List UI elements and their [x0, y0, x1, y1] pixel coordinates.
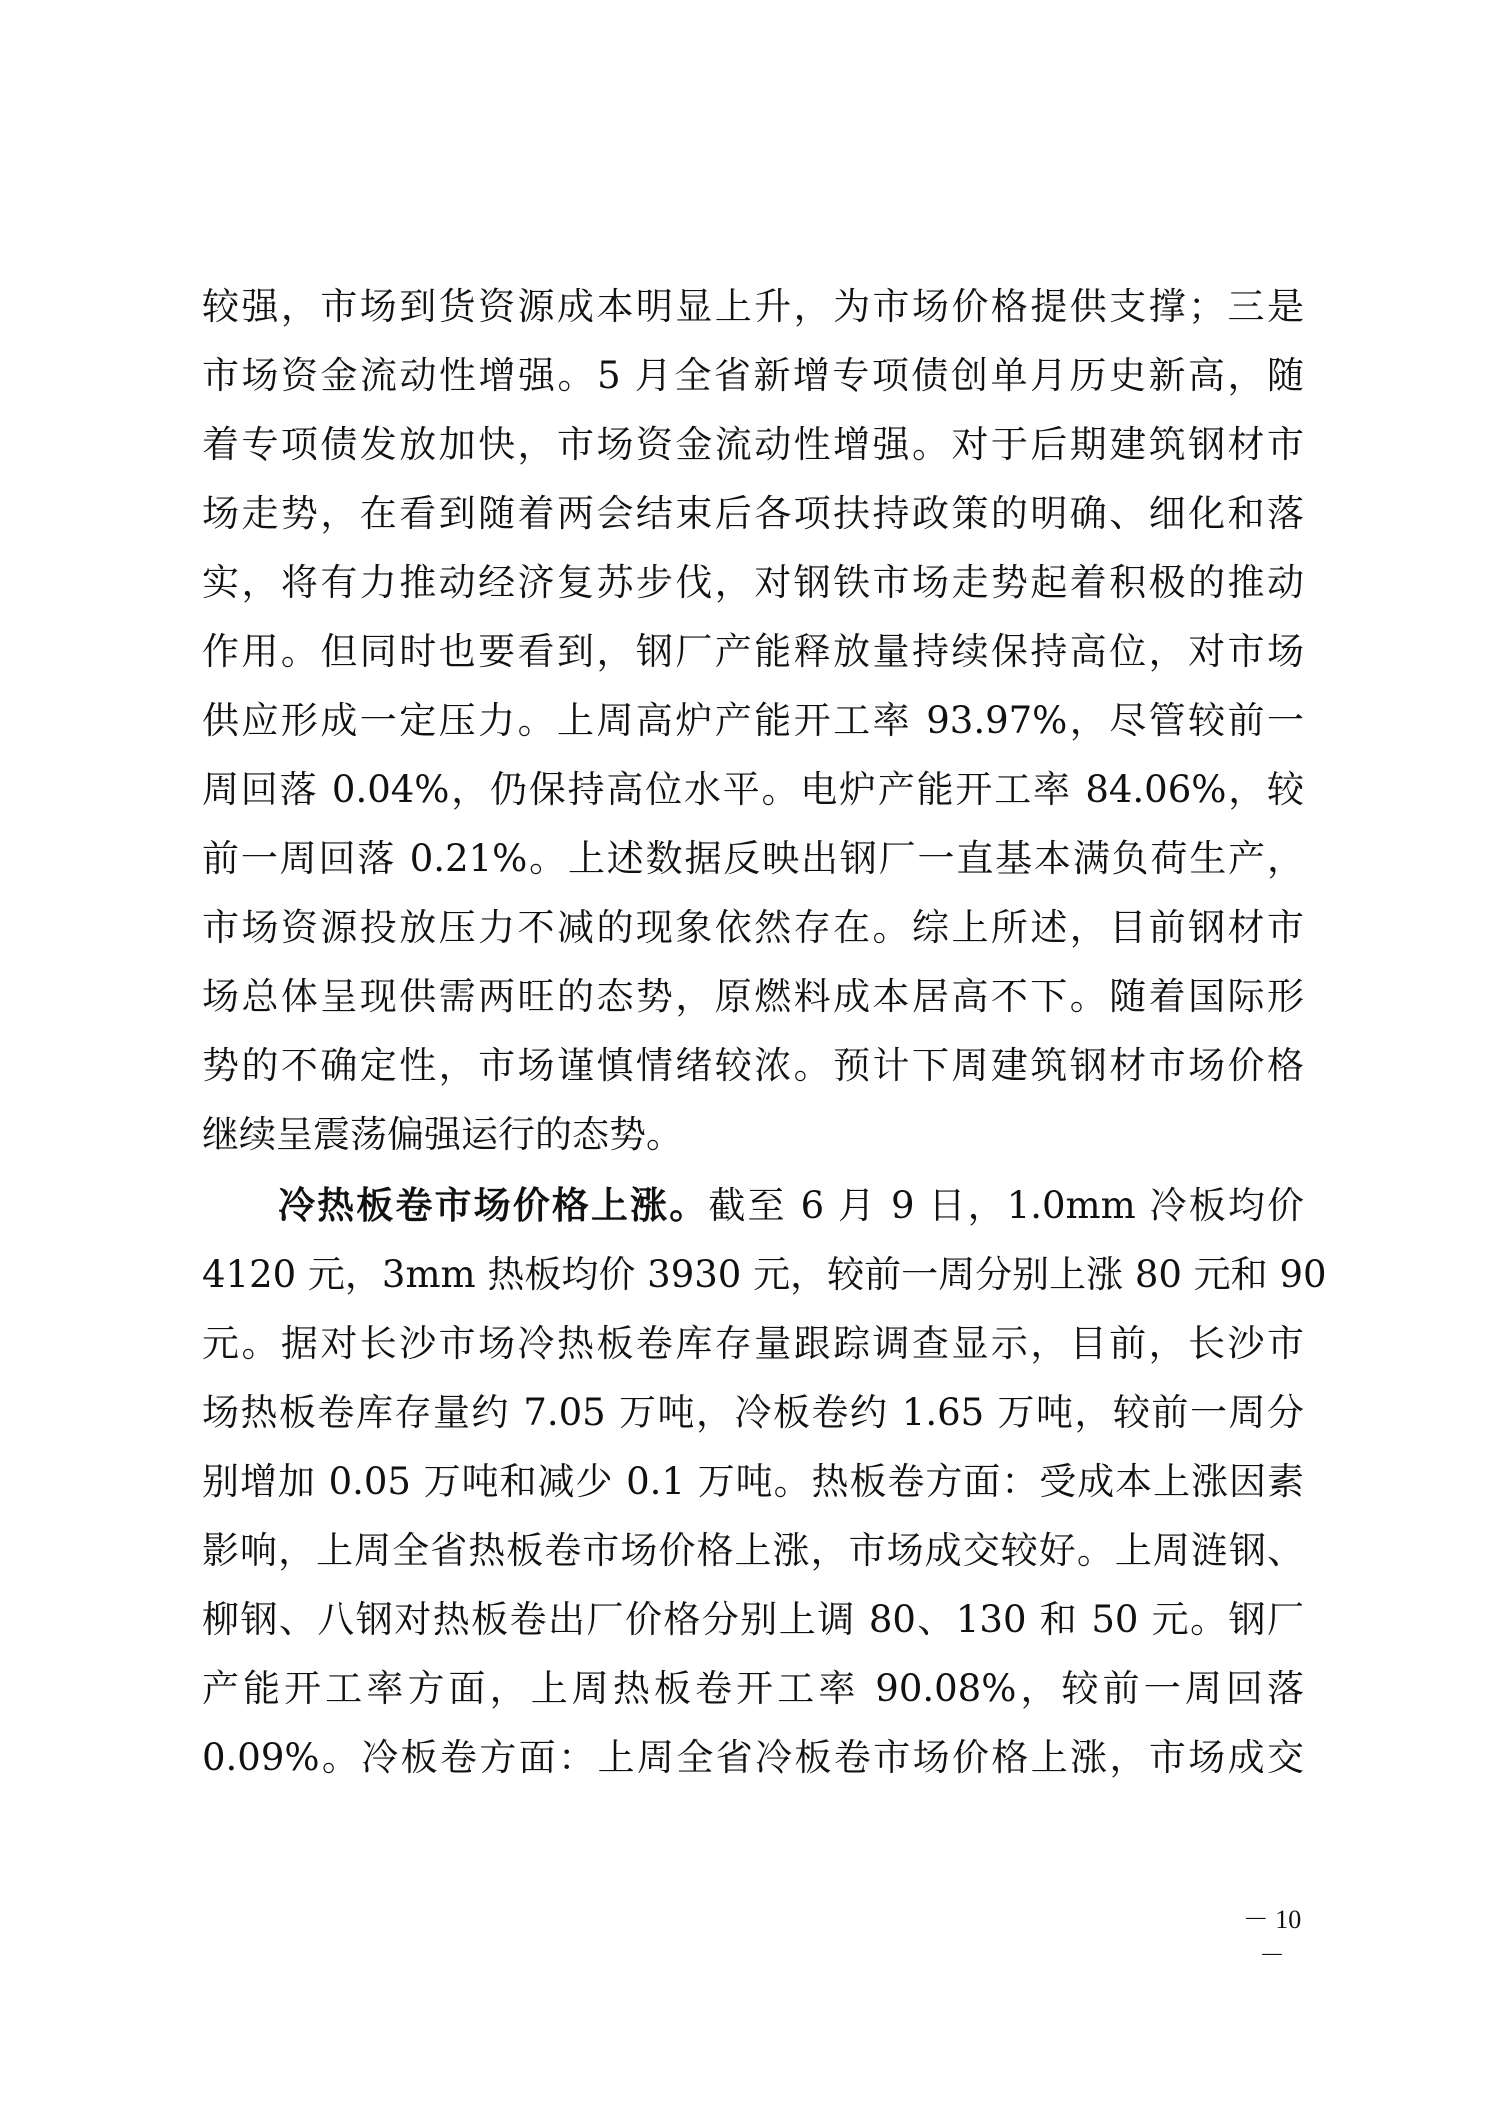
text-line: 市场资金流动性增强。5 月全省新增专项债创单月历史新高，随 [202, 346, 1304, 406]
section-heading: 冷热板卷市场价格上涨。 [278, 1184, 708, 1227]
text-line: 继续呈震荡偏强运行的态势。 [202, 1105, 1304, 1165]
text-line-first: 冷热板卷市场价格上涨。截至 6 月 9 日，1.0mm 冷板均价 [278, 1176, 1304, 1236]
text-line: 元。据对长沙市场冷热板卷库存量跟踪调查显示，目前，长沙市 [202, 1314, 1304, 1374]
text-line: 影响，上周全省热板卷市场价格上涨，市场成交较好。上周涟钢、 [202, 1521, 1304, 1581]
text-line: 前一周回落 0.21%。上述数据反映出钢厂一直基本满负荷生产， [202, 829, 1304, 889]
text-line: 场走势，在看到随着两会结束后各项扶持政策的明确、细化和落 [202, 484, 1304, 544]
text-line: 作用。但同时也要看到，钢厂产能释放量持续保持高位，对市场 [202, 622, 1304, 682]
text-line: 供应形成一定压力。上周高炉产能开工率 93.97%，尽管较前一 [202, 691, 1304, 751]
text-fragment: 截至 6 月 9 日，1.0mm 冷板均价 [708, 1184, 1304, 1227]
text-line: 周回落 0.04%，仍保持高位水平。电炉产能开工率 84.06%，较 [202, 760, 1304, 820]
text-line: 产能开工率方面，上周热板卷开工率 90.08%，较前一周回落 [202, 1659, 1304, 1719]
text-line: 场总体呈现供需两旺的态势，原燃料成本居高不下。随着国际形 [202, 967, 1304, 1027]
text-line: 市场资源投放压力不减的现象依然存在。综上所述，目前钢材市 [202, 898, 1304, 958]
text-line: 柳钢、八钢对热板卷出厂价格分别上调 80、130 和 50 元。钢厂 [202, 1590, 1304, 1650]
text-line: 实，将有力推动经济复苏步伐，对钢铁市场走势起着积极的推动 [202, 553, 1304, 613]
text-line: 着专项债发放加快，市场资金流动性增强。对于后期建筑钢材市 [202, 415, 1304, 475]
text-line: 场热板卷库存量约 7.05 万吨，冷板卷约 1.65 万吨，较前一周分 [202, 1383, 1304, 1443]
page-number: － 10 － [1232, 1902, 1312, 1974]
document-page: 较强，市场到货资源成本明显上升，为市场价格提供支撑；三是 市场资金流动性增强。5… [0, 0, 1488, 2105]
text-line: 较强，市场到货资源成本明显上升，为市场价格提供支撑；三是 [202, 277, 1304, 337]
text-line: 势的不确定性，市场谨慎情绪较浓。预计下周建筑钢材市场价格 [202, 1036, 1304, 1096]
text-line: 别增加 0.05 万吨和减少 0.1 万吨。热板卷方面：受成本上涨因素 [202, 1452, 1304, 1512]
text-line: 0.09%。冷板卷方面：上周全省冷板卷市场价格上涨，市场成交 [202, 1728, 1304, 1788]
text-line: 4120 元，3mm 热板均价 3930 元，较前一周分别上涨 80 元和 90 [202, 1245, 1304, 1305]
